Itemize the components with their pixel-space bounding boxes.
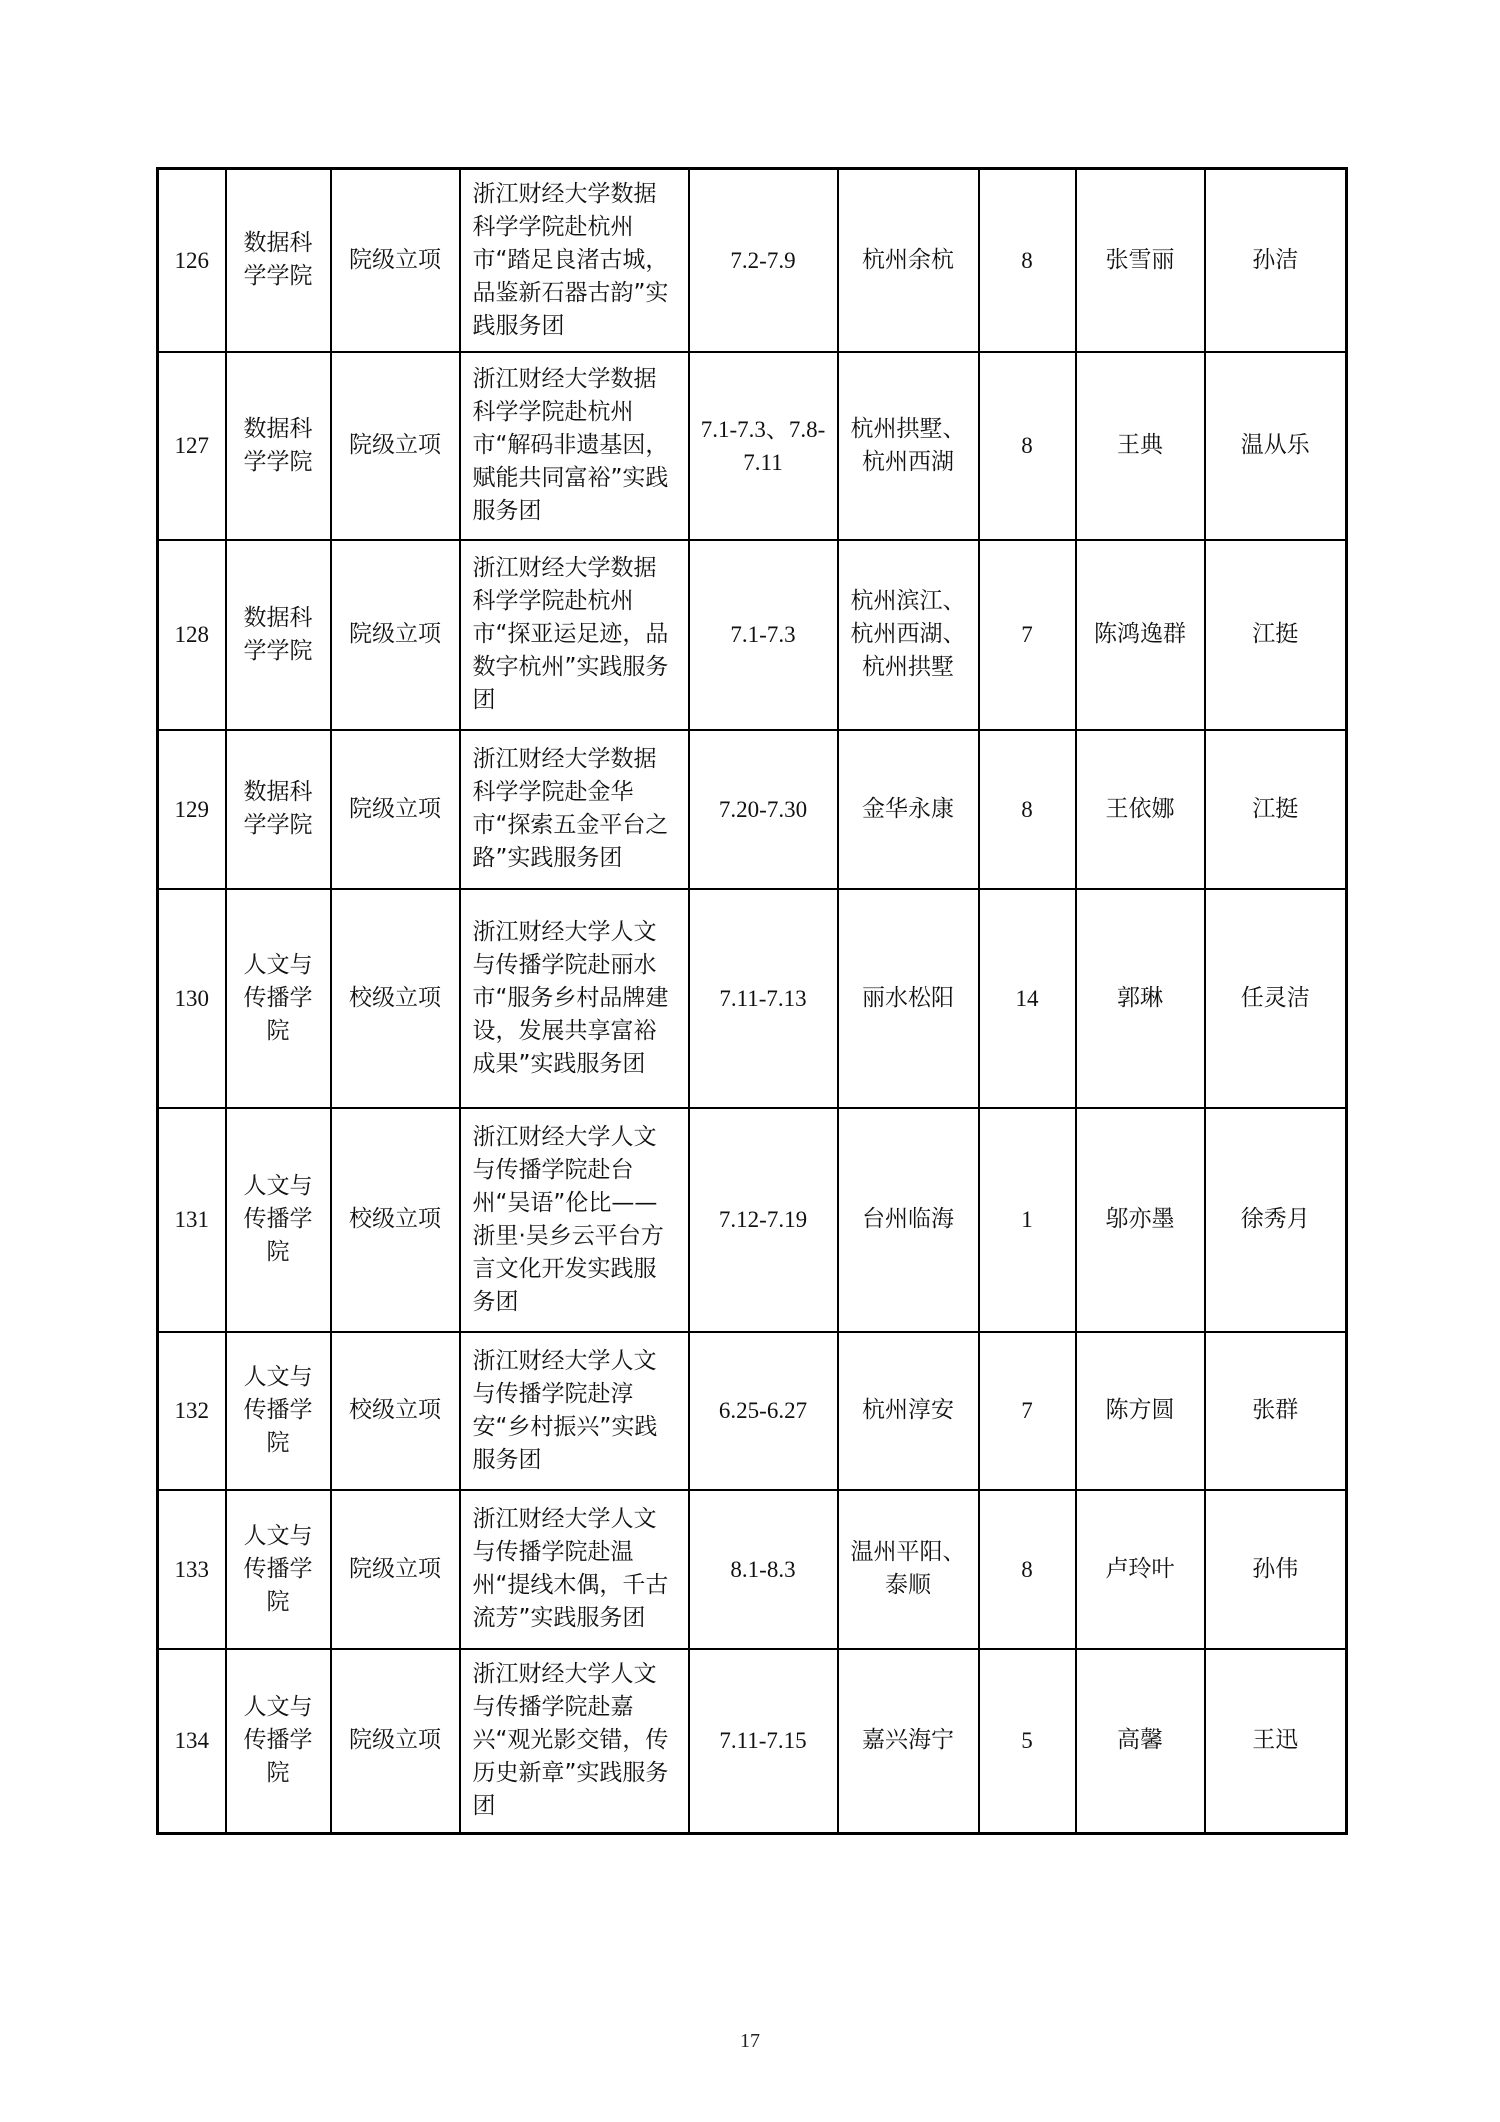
leader-cell: 王依娜 bbox=[1076, 730, 1205, 889]
college-cell: 人文与传播学院 bbox=[226, 889, 331, 1108]
project-cell: 浙江财经大学数据科学学院赴杭州市“解码非遗基因，赋能共同富裕”实践服务团 bbox=[460, 352, 689, 540]
table-row: 132 人文与传播学院 校级立项 浙江财经大学人文与传播学院赴淳安“乡村振兴”实… bbox=[158, 1332, 1347, 1490]
project-cell: 浙江财经大学数据科学学院赴杭州市“探亚运足迹，品数字杭州”实践服务团 bbox=[460, 540, 689, 730]
row-number: 133 bbox=[158, 1490, 226, 1649]
level-cell: 校级立项 bbox=[331, 889, 460, 1108]
college-cell: 数据科学学院 bbox=[226, 730, 331, 889]
project-cell: 浙江财经大学人文与传播学院赴嘉兴“观光影交错，传历史新章”实践服务团 bbox=[460, 1649, 689, 1834]
level-cell: 院级立项 bbox=[331, 1649, 460, 1834]
member-count-cell: 14 bbox=[979, 889, 1076, 1108]
table-row: 131 人文与传播学院 校级立项 浙江财经大学人文与传播学院赴台州“吴语”伦比—… bbox=[158, 1108, 1347, 1332]
member-count-cell: 8 bbox=[979, 730, 1076, 889]
college-cell: 数据科学学院 bbox=[226, 169, 331, 352]
table-row: 134 人文与传播学院 院级立项 浙江财经大学人文与传播学院赴嘉兴“观光影交错，… bbox=[158, 1649, 1347, 1834]
member-count-cell: 7 bbox=[979, 540, 1076, 730]
advisor-cell: 徐秀月 bbox=[1205, 1108, 1347, 1332]
row-number: 132 bbox=[158, 1332, 226, 1490]
row-number: 128 bbox=[158, 540, 226, 730]
member-count-cell: 1 bbox=[979, 1108, 1076, 1332]
location-cell: 温州平阳、泰顺 bbox=[838, 1490, 979, 1649]
date-cell: 6.25-6.27 bbox=[689, 1332, 838, 1490]
table-row: 126 数据科学学院 院级立项 浙江财经大学数据科学学院赴杭州市“踏足良渚古城，… bbox=[158, 169, 1347, 352]
project-cell: 浙江财经大学数据科学学院赴金华市“探索五金平台之路”实践服务团 bbox=[460, 730, 689, 889]
college-cell: 人文与传播学院 bbox=[226, 1332, 331, 1490]
location-cell: 杭州拱墅、杭州西湖 bbox=[838, 352, 979, 540]
row-number: 131 bbox=[158, 1108, 226, 1332]
member-count-cell: 8 bbox=[979, 352, 1076, 540]
advisor-cell: 王迅 bbox=[1205, 1649, 1347, 1834]
location-cell: 杭州余杭 bbox=[838, 169, 979, 352]
member-count-cell: 7 bbox=[979, 1332, 1076, 1490]
project-cell: 浙江财经大学人文与传播学院赴台州“吴语”伦比——浙里·吴乡云平台方言文化开发实践… bbox=[460, 1108, 689, 1332]
college-cell: 数据科学学院 bbox=[226, 352, 331, 540]
member-count-cell: 5 bbox=[979, 1649, 1076, 1834]
leader-cell: 高馨 bbox=[1076, 1649, 1205, 1834]
date-cell: 7.11-7.15 bbox=[689, 1649, 838, 1834]
level-cell: 校级立项 bbox=[331, 1332, 460, 1490]
level-cell: 校级立项 bbox=[331, 1108, 460, 1332]
date-cell: 7.11-7.13 bbox=[689, 889, 838, 1108]
advisor-cell: 江挺 bbox=[1205, 540, 1347, 730]
level-cell: 院级立项 bbox=[331, 169, 460, 352]
advisor-cell: 孙伟 bbox=[1205, 1490, 1347, 1649]
location-cell: 丽水松阳 bbox=[838, 889, 979, 1108]
leader-cell: 陈方圆 bbox=[1076, 1332, 1205, 1490]
level-cell: 院级立项 bbox=[331, 1490, 460, 1649]
leader-cell: 郭琳 bbox=[1076, 889, 1205, 1108]
date-cell: 7.1-7.3 bbox=[689, 540, 838, 730]
advisor-cell: 任灵洁 bbox=[1205, 889, 1347, 1108]
date-cell: 7.20-7.30 bbox=[689, 730, 838, 889]
location-cell: 台州临海 bbox=[838, 1108, 979, 1332]
page-number: 17 bbox=[0, 2030, 1500, 2053]
college-cell: 人文与传播学院 bbox=[226, 1649, 331, 1834]
level-cell: 院级立项 bbox=[331, 540, 460, 730]
date-cell: 7.2-7.9 bbox=[689, 169, 838, 352]
level-cell: 院级立项 bbox=[331, 352, 460, 540]
table-row: 133 人文与传播学院 院级立项 浙江财经大学人文与传播学院赴温州“提线木偶，千… bbox=[158, 1490, 1347, 1649]
advisor-cell: 江挺 bbox=[1205, 730, 1347, 889]
row-number: 134 bbox=[158, 1649, 226, 1834]
project-cell: 浙江财经大学人文与传播学院赴温州“提线木偶，千古流芳”实践服务团 bbox=[460, 1490, 689, 1649]
date-cell: 8.1-8.3 bbox=[689, 1490, 838, 1649]
college-cell: 人文与传播学院 bbox=[226, 1490, 331, 1649]
location-cell: 杭州滨江、杭州西湖、杭州拱墅 bbox=[838, 540, 979, 730]
location-cell: 嘉兴海宁 bbox=[838, 1649, 979, 1834]
row-number: 129 bbox=[158, 730, 226, 889]
date-cell: 7.1-7.3、7.8-7.11 bbox=[689, 352, 838, 540]
location-cell: 金华永康 bbox=[838, 730, 979, 889]
advisor-cell: 孙洁 bbox=[1205, 169, 1347, 352]
college-cell: 人文与传播学院 bbox=[226, 1108, 331, 1332]
row-number: 126 bbox=[158, 169, 226, 352]
advisor-cell: 张群 bbox=[1205, 1332, 1347, 1490]
table-row: 128 数据科学学院 院级立项 浙江财经大学数据科学学院赴杭州市“探亚运足迹，品… bbox=[158, 540, 1347, 730]
project-cell: 浙江财经大学人文与传播学院赴丽水市“服务乡村品牌建设，发展共享富裕成果”实践服务… bbox=[460, 889, 689, 1108]
member-count-cell: 8 bbox=[979, 1490, 1076, 1649]
advisor-cell: 温从乐 bbox=[1205, 352, 1347, 540]
row-number: 127 bbox=[158, 352, 226, 540]
leader-cell: 卢玲叶 bbox=[1076, 1490, 1205, 1649]
date-cell: 7.12-7.19 bbox=[689, 1108, 838, 1332]
project-cell: 浙江财经大学人文与传播学院赴淳安“乡村振兴”实践服务团 bbox=[460, 1332, 689, 1490]
member-count-cell: 8 bbox=[979, 169, 1076, 352]
table-row: 129 数据科学学院 院级立项 浙江财经大学数据科学学院赴金华市“探索五金平台之… bbox=[158, 730, 1347, 889]
level-cell: 院级立项 bbox=[331, 730, 460, 889]
leader-cell: 张雪丽 bbox=[1076, 169, 1205, 352]
project-cell: 浙江财经大学数据科学学院赴杭州市“踏足良渚古城，品鉴新石器古韵”实践服务团 bbox=[460, 169, 689, 352]
row-number: 130 bbox=[158, 889, 226, 1108]
project-table: 126 数据科学学院 院级立项 浙江财经大学数据科学学院赴杭州市“踏足良渚古城，… bbox=[156, 167, 1348, 1835]
leader-cell: 陈鸿逸群 bbox=[1076, 540, 1205, 730]
college-cell: 数据科学学院 bbox=[226, 540, 331, 730]
leader-cell: 邬亦墨 bbox=[1076, 1108, 1205, 1332]
table-row: 127 数据科学学院 院级立项 浙江财经大学数据科学学院赴杭州市“解码非遗基因，… bbox=[158, 352, 1347, 540]
leader-cell: 王典 bbox=[1076, 352, 1205, 540]
table-row: 130 人文与传播学院 校级立项 浙江财经大学人文与传播学院赴丽水市“服务乡村品… bbox=[158, 889, 1347, 1108]
location-cell: 杭州淳安 bbox=[838, 1332, 979, 1490]
